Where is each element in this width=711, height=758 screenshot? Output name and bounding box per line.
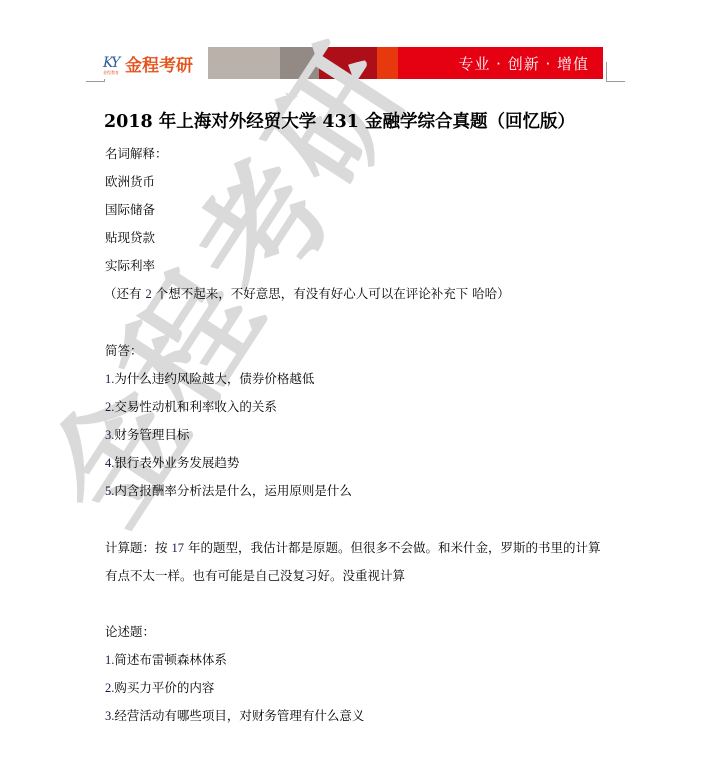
terms-heading: 名词解释： xyxy=(105,144,168,162)
document-title: 2018 年上海对外经贸大学 431 金融学综合真题（回忆版） xyxy=(104,108,614,133)
term-item: 贴现贷款 xyxy=(105,228,155,246)
short-answer-item: 4.银行表外业务发展趋势 xyxy=(105,453,239,471)
logo-mark-icon: KY金程教育 xyxy=(103,55,125,71)
banner-block-orange xyxy=(377,47,398,79)
essay-item: 1.简述布雷顿森林体系 xyxy=(105,650,227,668)
short-answer-item: 1.为什么违约风险越大，债券价格越低 xyxy=(105,369,314,387)
term-item: 欧洲货币 xyxy=(105,172,155,190)
logo-text: 金程考研 xyxy=(125,51,193,76)
page-margin-mark-right xyxy=(606,62,625,82)
banner-block-dark-gray xyxy=(280,47,319,79)
term-item: 国际储备 xyxy=(105,200,155,218)
terms-note: （还有 2 个想不起来，不好意思，有没有好心人可以在评论补充下 哈哈） xyxy=(104,284,510,302)
essay-item: 3.经营活动有哪些项目，对财务管理有什么意义 xyxy=(105,706,364,724)
short-answer-heading: 简答： xyxy=(105,341,143,359)
essay-item: 2.购买力平价的内容 xyxy=(105,678,214,696)
calculation-text-line1: 计算题：按 17 年的题型，我估计都是原题。但很多不会做。和米什金，罗斯的书里的… xyxy=(105,538,600,556)
banner-block-dark-red xyxy=(319,47,377,79)
logo: KY金程教育 金程考研 xyxy=(103,47,208,79)
banner-block-light-gray xyxy=(208,47,280,79)
short-answer-item: 3.财务管理目标 xyxy=(105,425,189,443)
short-answer-item: 2.交易性动机和利率收入的关系 xyxy=(105,397,277,415)
essay-heading: 论述题： xyxy=(105,622,155,640)
short-answer-item: 5.内含报酬率分析法是什么，运用原则是什么 xyxy=(105,481,352,499)
slogan: 专业 · 创新 · 增值 xyxy=(458,53,589,74)
calculation-text-line2: 有点不太一样。也有可能是自己没复习好。没重视计算 xyxy=(105,566,405,584)
term-item: 实际利率 xyxy=(105,256,155,274)
banner-block-red: 专业 · 创新 · 增值 xyxy=(398,47,603,79)
header-banner: KY金程教育 金程考研 专业 · 创新 · 增值 xyxy=(103,47,603,79)
